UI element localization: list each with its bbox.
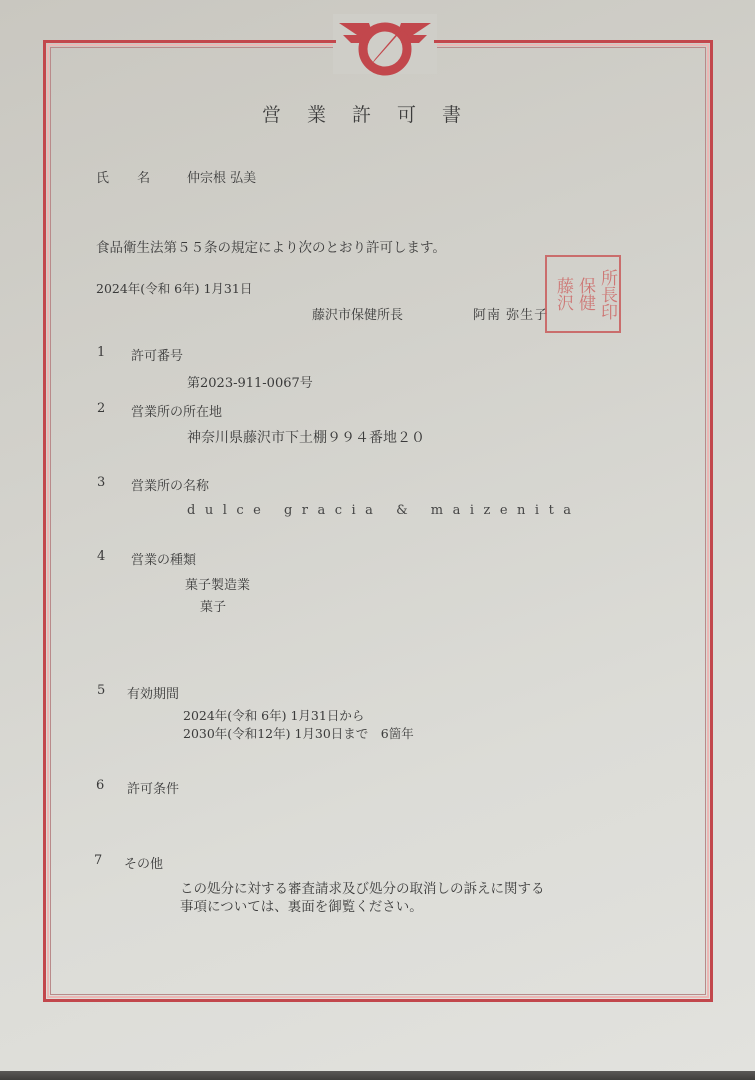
city-emblem-icon <box>335 13 435 77</box>
official-seal-stamp: 藤沢 保健 所長印 <box>545 255 621 333</box>
stamp-column-3: 所長印 <box>594 260 616 328</box>
business-subtype-value: 菓子 <box>200 596 226 615</box>
emblem-line-left <box>322 40 336 43</box>
holder-name: 仲宗根 弘美 <box>187 167 256 186</box>
item-label-business-name: 営業所の名称 <box>131 475 209 494</box>
stamp-column-2: 保健 <box>572 260 594 328</box>
document-title: 営業許可書 <box>262 100 487 127</box>
item-number-1: 1 <box>97 345 105 360</box>
item-number-6: 6 <box>96 778 104 793</box>
holder-label: 氏 名 <box>96 167 162 186</box>
item-number-3: 3 <box>97 475 105 490</box>
item-number-4: 4 <box>97 549 105 564</box>
other-note-line-1: この処分に対する審査請求及び処分の取消しの訴えに関する <box>180 877 545 897</box>
item-label-location: 営業所の所在地 <box>131 401 222 420</box>
business-name-value: dulce gracia & maizenita <box>187 503 581 518</box>
validity-start: 2024年(令和 6年) 1月31日から <box>183 706 364 724</box>
emblem-line-right <box>434 40 448 43</box>
item-number-5: 5 <box>97 683 105 698</box>
issue-date: 2024年(令和 6年) 1月31日 <box>96 279 252 297</box>
item-label-permit-conditions: 許可条件 <box>127 778 179 797</box>
issuer-office: 藤沢市保健所長 <box>312 304 403 323</box>
item-label-permit-number: 許可番号 <box>131 345 183 364</box>
item-number-7: 7 <box>94 853 102 868</box>
item-label-business-type: 営業の種類 <box>131 549 196 568</box>
desk-surface <box>0 1071 755 1080</box>
item-label-other: その他 <box>124 853 163 872</box>
business-type-value: 菓子製造業 <box>185 574 250 593</box>
stamp-column-1: 藤沢 <box>550 260 572 328</box>
other-note-line-2: 事項については、裏面を御覧ください。 <box>180 895 423 915</box>
validity-end: 2030年(令和12年) 1月30日まで 6箇年 <box>183 724 414 742</box>
issuer-name: 阿南 弥生子 <box>473 304 548 323</box>
permit-number-value: 第2023-911-0067号 <box>187 372 313 391</box>
preamble: 食品衛生法第５５条の規定により次のとおり許可します。 <box>96 236 446 256</box>
location-value: 神奈川県藤沢市下土棚９９４番地２０ <box>187 427 425 447</box>
item-number-2: 2 <box>97 401 105 416</box>
item-label-validity-period: 有効期間 <box>127 683 179 702</box>
